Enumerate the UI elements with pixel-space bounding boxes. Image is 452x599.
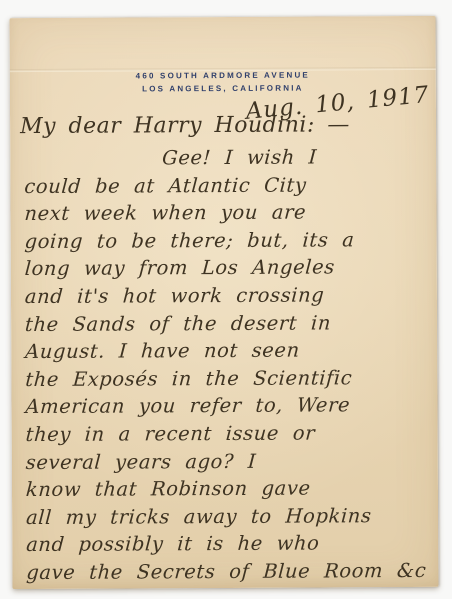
body-line: the Exposés in the Scientific [24, 364, 435, 394]
body-line: American you refer to, Were [25, 391, 436, 421]
body-line: could be at Atlantic City [23, 170, 434, 200]
body-line: and it's hot work crossing [24, 281, 435, 311]
body-line: all my tricks away to Hopkins [25, 502, 436, 532]
body-line: know that Robinson gave [25, 474, 436, 504]
body-line: gave the Secrets of Blue Room &c [25, 557, 436, 587]
scan-background: 460 SOUTH ARDMORE AVENUE LOS ANGELES, CA… [0, 0, 452, 599]
body-line: long way from Los Angeles [24, 253, 435, 283]
body-line: Gee! I wish I [23, 143, 434, 173]
letter-paper: 460 SOUTH ARDMORE AVENUE LOS ANGELES, CA… [10, 16, 439, 589]
body-line: several years ago? I [25, 446, 436, 476]
body-line: August. I have not seen [24, 336, 435, 366]
letter-body: Gee! I wish I could be at Atlantic City … [23, 143, 434, 587]
body-line: next week when you are [24, 198, 435, 228]
body-line: they in a recent issue or [25, 419, 436, 449]
body-line: the Sands of the desert in [24, 308, 435, 338]
salutation: My dear Harry Houdini: — [20, 112, 350, 139]
body-line: and possibly it is he who [25, 529, 436, 559]
body-line: going to be there; but, its a [24, 226, 435, 256]
